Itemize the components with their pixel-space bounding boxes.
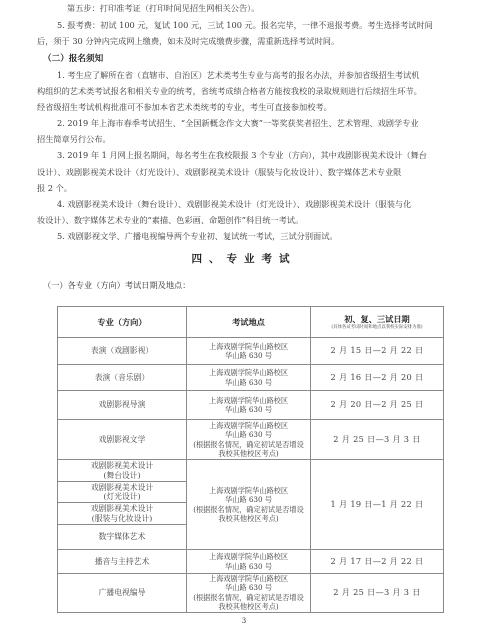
major-cell: 戏剧影视美术设计(舞台设计)	[58, 460, 187, 482]
step5-line: 第五步：打印准考证（打印时间见招生网相关公告）。	[67, 3, 259, 14]
table-row: 表演（戏剧影视） 上海戏剧学院华山路校区华山路 630 号 2 月 15 日—2…	[58, 338, 444, 365]
header-date: 初、复、三试日期 (具体各试考试时间和地点以我校实际安排为准)	[311, 307, 444, 338]
major-cell: 戏剧影视美术设计(灯光设计)	[58, 482, 187, 503]
location-cell: 上海戏剧学院华山路校区华山路 630 号	[187, 391, 311, 420]
fee-line-2: 后，须于 30 分钟内完成网上缴费，如未及时完成缴费步骤，需重新选择考试时间。	[37, 36, 339, 47]
major-cell: 戏剧影视文学	[58, 420, 187, 460]
major-cell: 表演（戏剧影视）	[58, 338, 187, 365]
notice-line: 3. 2019 年 1 月网上报名期间，每名考生在我校限报 3 个专业（方向），…	[57, 150, 427, 161]
date-cell: 2 月 25 日—3 月 3 日	[311, 420, 444, 460]
notice-line: 5. 戏剧影视文学、广播电视编导两个专业初、复试统一考试，三试分别面试。	[57, 231, 338, 242]
date-cell: 2 月 20 日—2 月 25 日	[311, 391, 444, 420]
header-date-note: (具体各试考试时间和地点以我校实际安排为准)	[311, 325, 443, 331]
notice-line: 妆设计）、数字媒体艺术专业的“素描、色彩画、命题创作”科目统一考试。	[37, 215, 303, 226]
major-cell: 戏剧影视导演	[58, 391, 187, 420]
table-row: 播音与主持艺术 上海戏剧学院华山路校区华山路 630 号 2 月 17 日—2 …	[58, 550, 444, 574]
notice-line: 1. 考生应了解所在省（直辖市、自治区）艺术类考生专业与高考的报名办法，并参加省…	[57, 70, 419, 81]
notice-line: 构组织的艺术类考试报名和相关专业的统考，省统考成绩合格者方能按我校的录取规则进行…	[37, 86, 422, 97]
fee-line-1: 5. 报考费：初试 100 元，复试 100 元，三试 100 元。报名完毕，一…	[57, 20, 433, 31]
notice-line: 报 2 个。	[37, 183, 72, 194]
notice-line: 经省级招生考试机构批准可不参加本省艺术类统考的专业，考生可直接参加校考。	[37, 102, 332, 113]
table-row: 戏剧影视导演 上海戏剧学院华山路校区华山路 630 号 2 月 20 日—2 月…	[58, 391, 444, 420]
notice-line: 4. 戏剧影视美术设计（舞台设计）、戏剧影视美术设计（灯光设计）、戏剧影视美术设…	[57, 199, 411, 210]
header-location: 考试地点	[187, 307, 311, 338]
section-title: 四、专业考试	[0, 251, 488, 266]
location-cell: 上海戏剧学院华山路校区华山路 630 号(根据报名情况，确定初试是否增设我校其他…	[187, 574, 311, 613]
date-cell: 2 月 15 日—2 月 22 日	[311, 338, 444, 365]
date-cell: 2 月 25 日—3 月 3 日	[311, 574, 444, 613]
table-row: 表演（音乐剧） 上海戏剧学院华山路校区华山路 630 号 2 月 16 日—2 …	[58, 365, 444, 391]
notice-heading: （二）报名须知	[43, 52, 103, 64]
major-cell: 表演（音乐剧）	[58, 365, 187, 391]
date-cell: 2 月 16 日—2 月 20 日	[311, 365, 444, 391]
location-cell: 上海戏剧学院华山路校区华山路 630 号	[187, 338, 311, 365]
section-subheading: （一）各专业（方向）考试日期及地点：	[43, 280, 190, 291]
table-header-row: 专业（方向） 考试地点 初、复、三试日期 (具体各试考试时间和地点以我校实际安排…	[58, 307, 444, 338]
table-row: 广播电视编导 上海戏剧学院华山路校区华山路 630 号(根据报名情况，确定初试是…	[58, 574, 444, 613]
location-cell: 上海戏剧学院华山路校区华山路 630 号	[187, 550, 311, 574]
header-date-label: 初、复、三试日期	[344, 314, 410, 324]
header-major: 专业（方向）	[58, 307, 187, 338]
exam-schedule-table: 专业（方向） 考试地点 初、复、三试日期 (具体各试考试时间和地点以我校实际安排…	[57, 306, 444, 613]
major-cell: 播音与主持艺术	[58, 550, 187, 574]
table-row: 戏剧影视文学 上海戏剧学院华山路校区华山路 630 号(根据报名情况，确定初试是…	[58, 420, 444, 460]
major-cell: 数字媒体艺术	[58, 525, 187, 550]
location-cell: 上海戏剧学院华山路校区华山路 630 号	[187, 365, 311, 391]
notice-line: 2. 2019 年上海市春季考试招生、“全国新概念作文大赛”一等奖获奖者招生、艺…	[57, 118, 419, 129]
notice-line: 招生简章另行公布。	[37, 134, 111, 145]
major-cell: 广播电视编导	[58, 574, 187, 613]
table-row: 戏剧影视美术设计(舞台设计) 上海戏剧学院华山路校区华山路 630 号(根据报名…	[58, 460, 444, 482]
notice-line: 设计）、戏剧影视美术设计（灯光设计）、戏剧影视美术设计（服装与化妆设计）、数字媒…	[37, 167, 401, 178]
major-cell: 戏剧影视美术设计(服装与化妆设计)	[58, 503, 187, 525]
location-cell-merged: 上海戏剧学院华山路校区华山路 630 号(根据报名情况，确定初试是否增设我校其他…	[187, 460, 311, 550]
location-cell: 上海戏剧学院华山路校区华山路 630 号(根据报名情况，确定初试是否增设我校其他…	[187, 420, 311, 460]
date-cell-merged: 1 月 19 日—1 月 22 日	[311, 460, 444, 550]
page-number: 3	[0, 617, 488, 625]
date-cell: 2 月 17 日—2 月 22 日	[311, 550, 444, 574]
